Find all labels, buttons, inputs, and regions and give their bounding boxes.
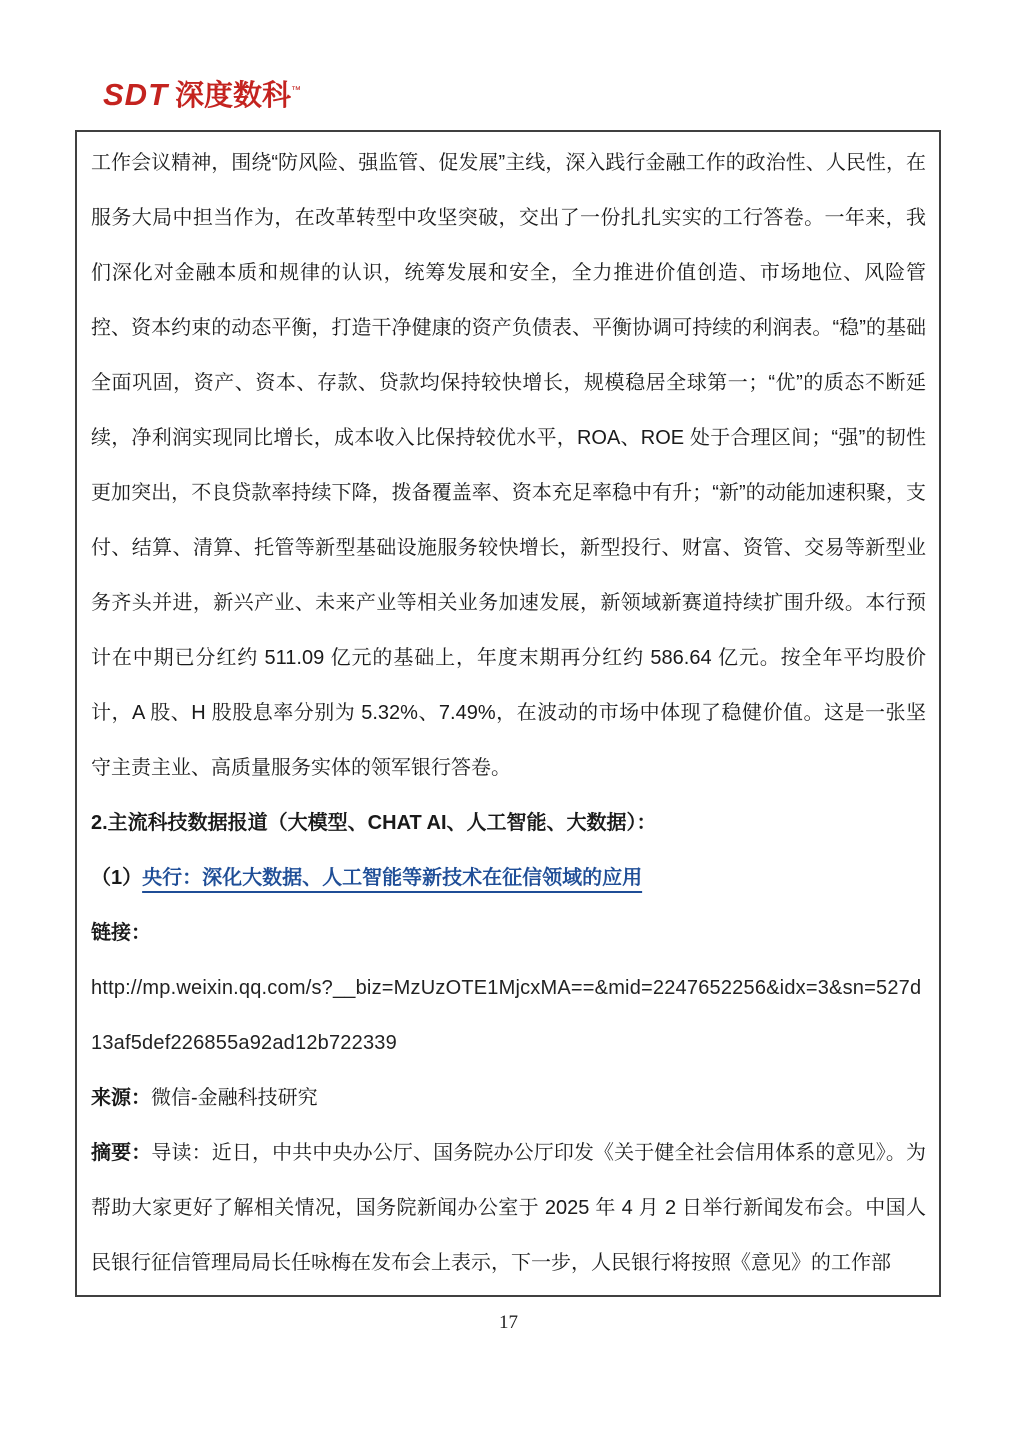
brand-logo-name: 深度数科 [175, 80, 291, 112]
abstract-text: 导读：近日，中共中央办公厅、国务院办公厅印发《关于健全社会信用体系的意见》。为帮… [91, 1142, 926, 1274]
body-paragraph: 工作会议精神，围绕“防风险、强监管、促发展”主线，深入践行金融工作的政治性、人民… [91, 136, 926, 796]
article-title-link[interactable]: 央行：深化大数据、人工智能等新技术在征信领域的应用 [142, 867, 642, 889]
brand-logo: SDT深度数科™ [103, 78, 301, 118]
content-box: 工作会议精神，围绕“防风险、强监管、促发展”主线，深入践行金融工作的政治性、人民… [75, 130, 941, 1297]
section-heading: 2.主流科技数据报道（大模型、CHAT AI、人工智能、大数据）： [91, 796, 926, 851]
link-label: 链接： [91, 922, 151, 944]
abstract-label: 摘要： [91, 1142, 151, 1164]
article-item-line: （1）央行：深化大数据、人工智能等新技术在征信领域的应用 [91, 851, 926, 906]
source-label: 来源： [91, 1087, 151, 1109]
trademark-symbol: ™ [291, 85, 301, 96]
page-number: 17 [0, 1312, 1017, 1334]
link-label-line: 链接： [91, 906, 926, 961]
source-line: 来源：微信-金融科技研究 [91, 1071, 926, 1126]
abstract-paragraph: 摘要：导读：近日，中共中央办公厅、国务院办公厅印发《关于健全社会信用体系的意见》… [91, 1126, 926, 1291]
source-value: 微信-金融科技研究 [151, 1087, 318, 1109]
article-item-number: （1） [91, 867, 142, 889]
brand-logo-sdt: SDT [103, 77, 168, 112]
article-url: http://mp.weixin.qq.com/s?__biz=MzUzOTE1… [91, 961, 926, 1071]
